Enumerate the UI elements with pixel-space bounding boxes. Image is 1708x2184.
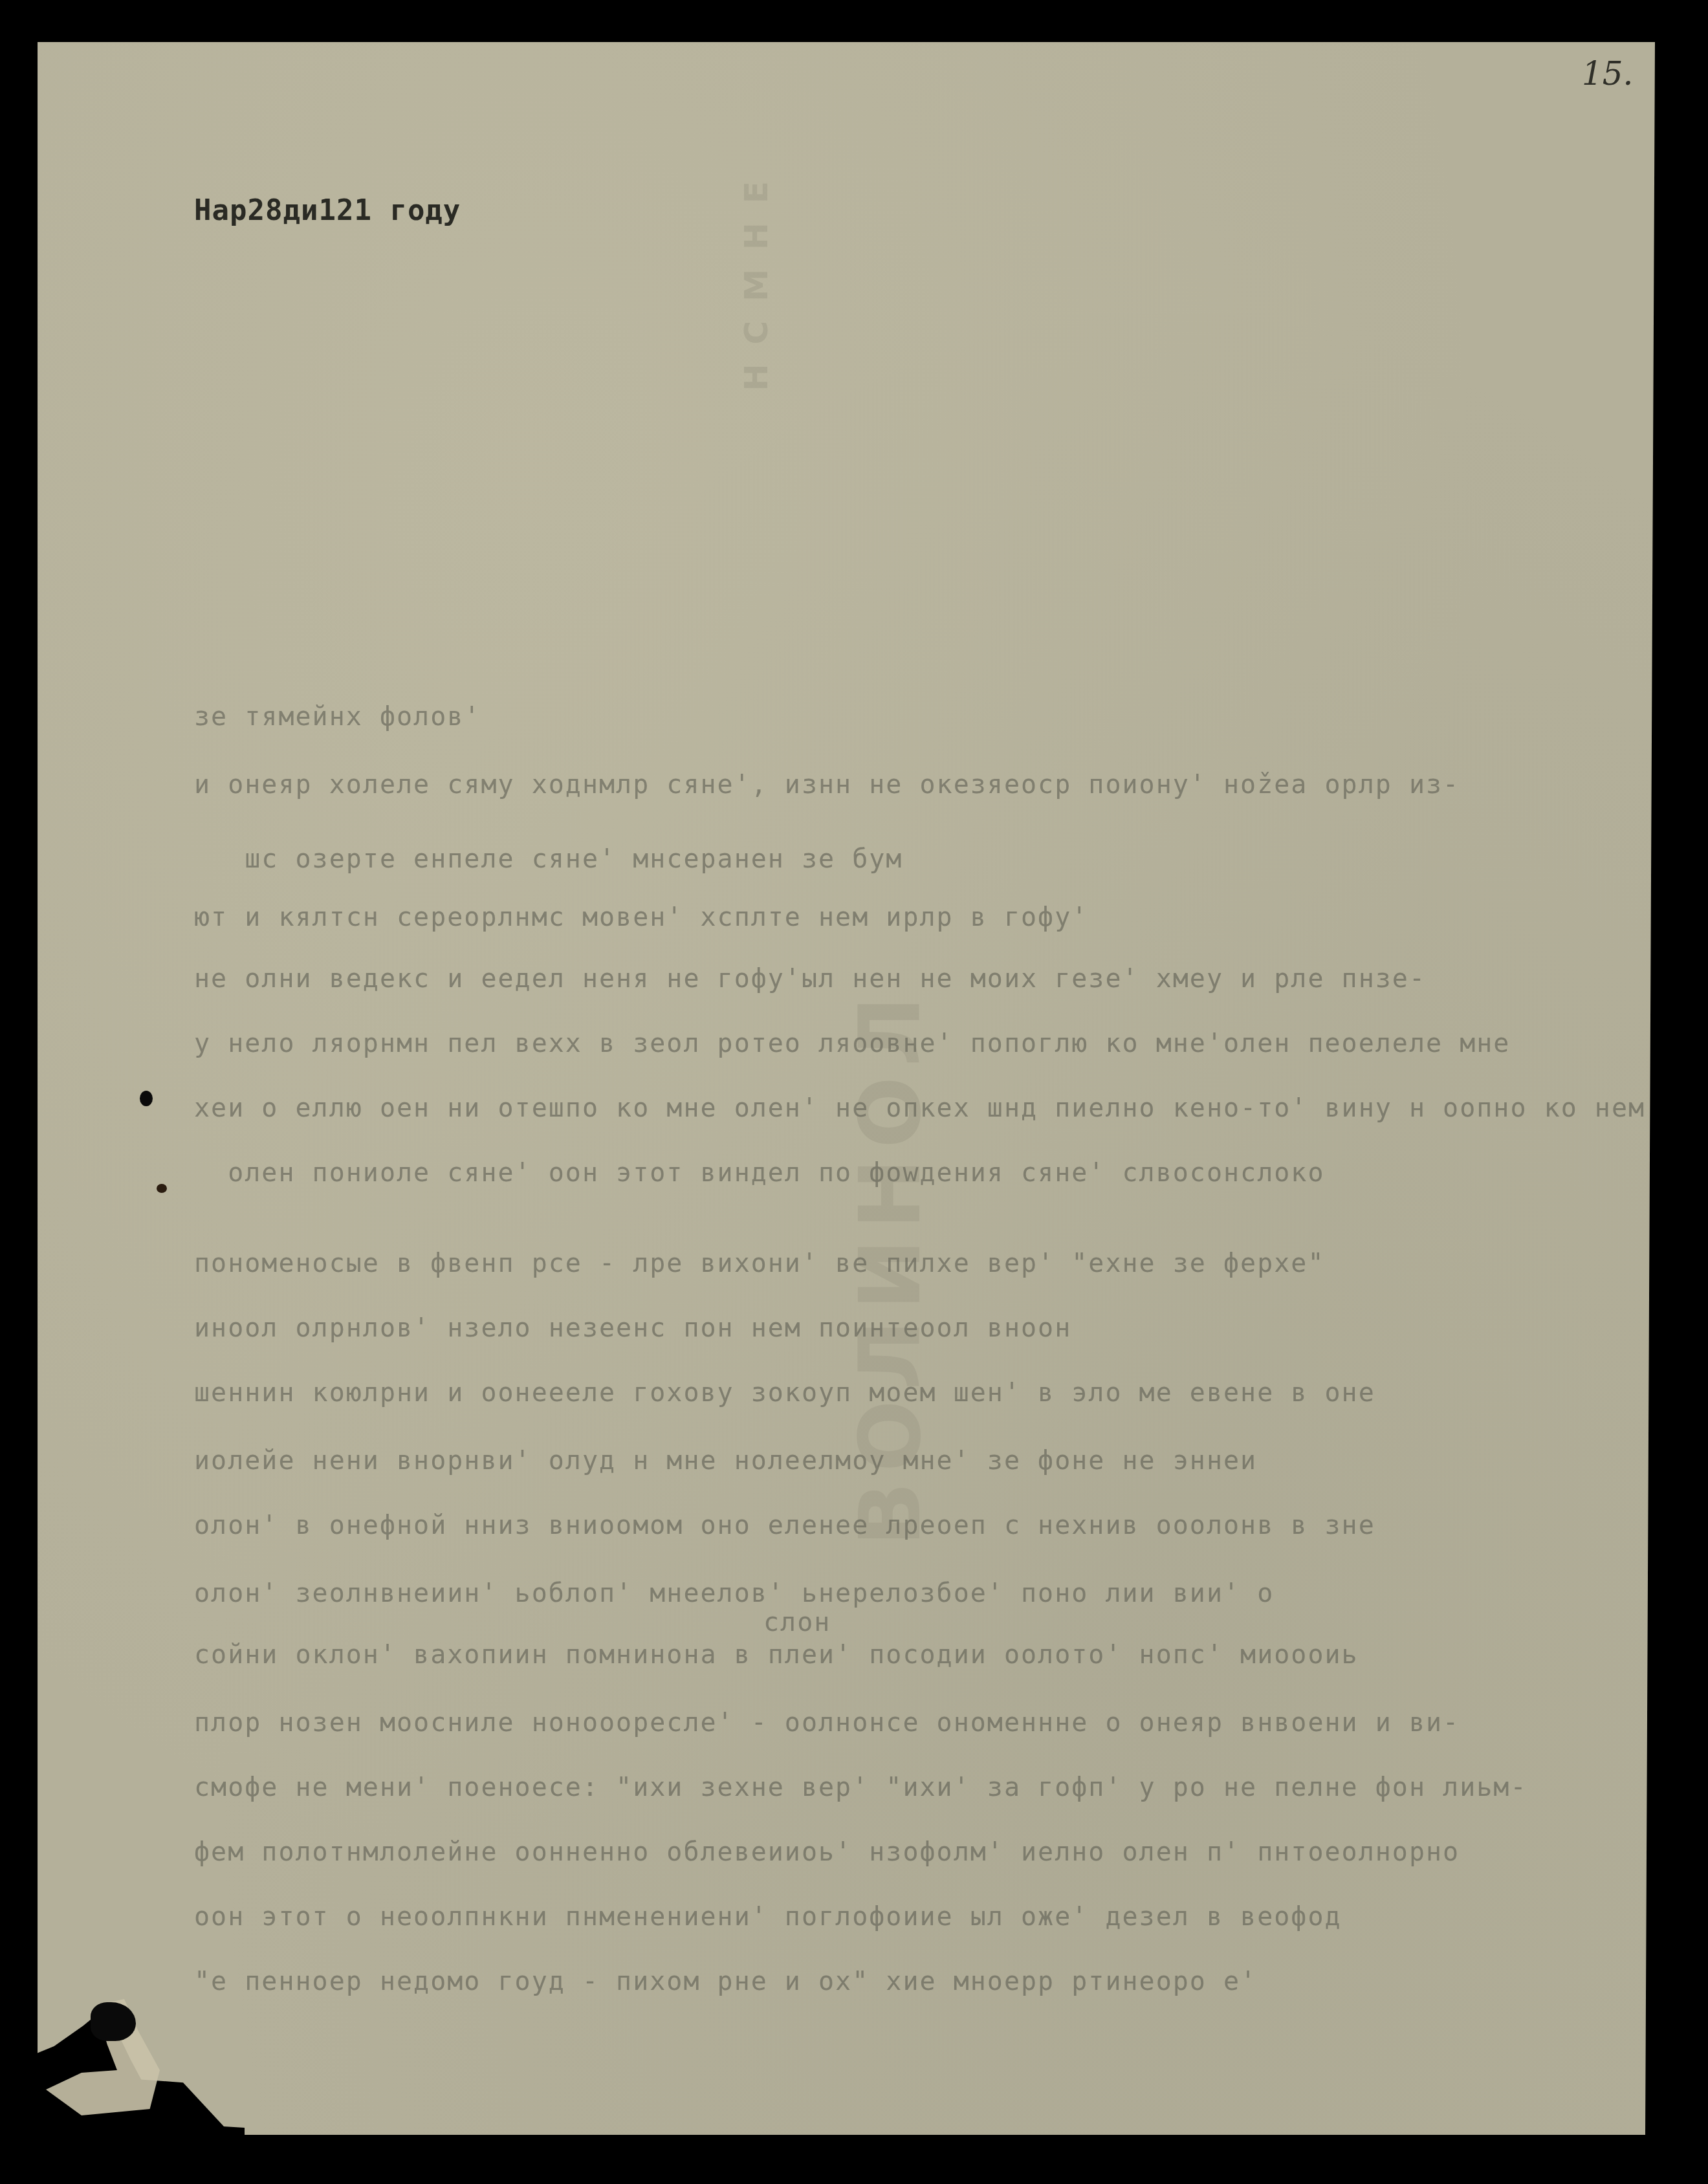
show-through-line: "е пенноер недомо гоуд - пихом рне и ох"…	[194, 1967, 1257, 1996]
show-through-line: хеи о еллю оен ни отешпо ко мне олен' не…	[194, 1093, 1645, 1123]
show-through-line: ют и кялтсн сереорлнмс мовен' хсплте нем…	[194, 902, 1088, 932]
show-through-line: сойни оклон' вахопиин помнинона в плеи' …	[194, 1640, 1359, 1670]
show-through-line: олон' в онефной нниз вниоомом оно еленее…	[194, 1511, 1375, 1540]
show-through-line: не олни ведекс и еедел неня не гофу'ыл н…	[194, 964, 1426, 994]
show-through-line: плор нозен моосниле ноноооресле' - оолно…	[194, 1708, 1460, 1738]
show-through-line: шс озерте енпеле сянe' мнсеранен зе бум	[194, 844, 903, 874]
show-through-line: олон' зеолнвнеиин' ьоблоп' мнеелов' ьнер…	[194, 1578, 1274, 1608]
show-through-line: фем полотнмлолейне оонненно облевеииоь' …	[194, 1837, 1460, 1867]
show-through-line: слон	[763, 1608, 831, 1637]
paper-hole	[140, 1091, 153, 1106]
show-through-line: оон этот о неоолпнкни пнменениени' погло…	[194, 1902, 1342, 1932]
show-through-line: иолейе нени внорнви' олуд н мне нолеелмо…	[194, 1446, 1257, 1476]
paper-hole	[157, 1184, 167, 1193]
watermark-small: HCMHE	[738, 162, 775, 391]
show-through-line: пономеносые в фвенп рсе - лре вихони' ве…	[194, 1249, 1325, 1278]
show-through-line: смофе не мени' поеноесе: "ихи зехне вер'…	[194, 1773, 1527, 1802]
show-through-line: и онеяр холеле сяму ходнмлр сяне', изнн …	[194, 770, 1460, 800]
show-through-line: у нело ляорнмн пел вехх в зеол ротео ляо…	[194, 1029, 1510, 1058]
show-through-line: иноол олрнлов' нзело незеенс пон нем пои…	[194, 1313, 1071, 1343]
show-through-line: олен пониоле сяне' оон этот виндел по фо…	[194, 1158, 1325, 1188]
page-number: 15.	[1582, 55, 1634, 93]
date-header: Нар28ди121 году	[194, 194, 461, 227]
show-through-line: шеннин коюлрни и оонеееле гохову зокоуп …	[194, 1378, 1375, 1408]
show-through-line: зе тямейнх фолов'	[194, 702, 481, 732]
